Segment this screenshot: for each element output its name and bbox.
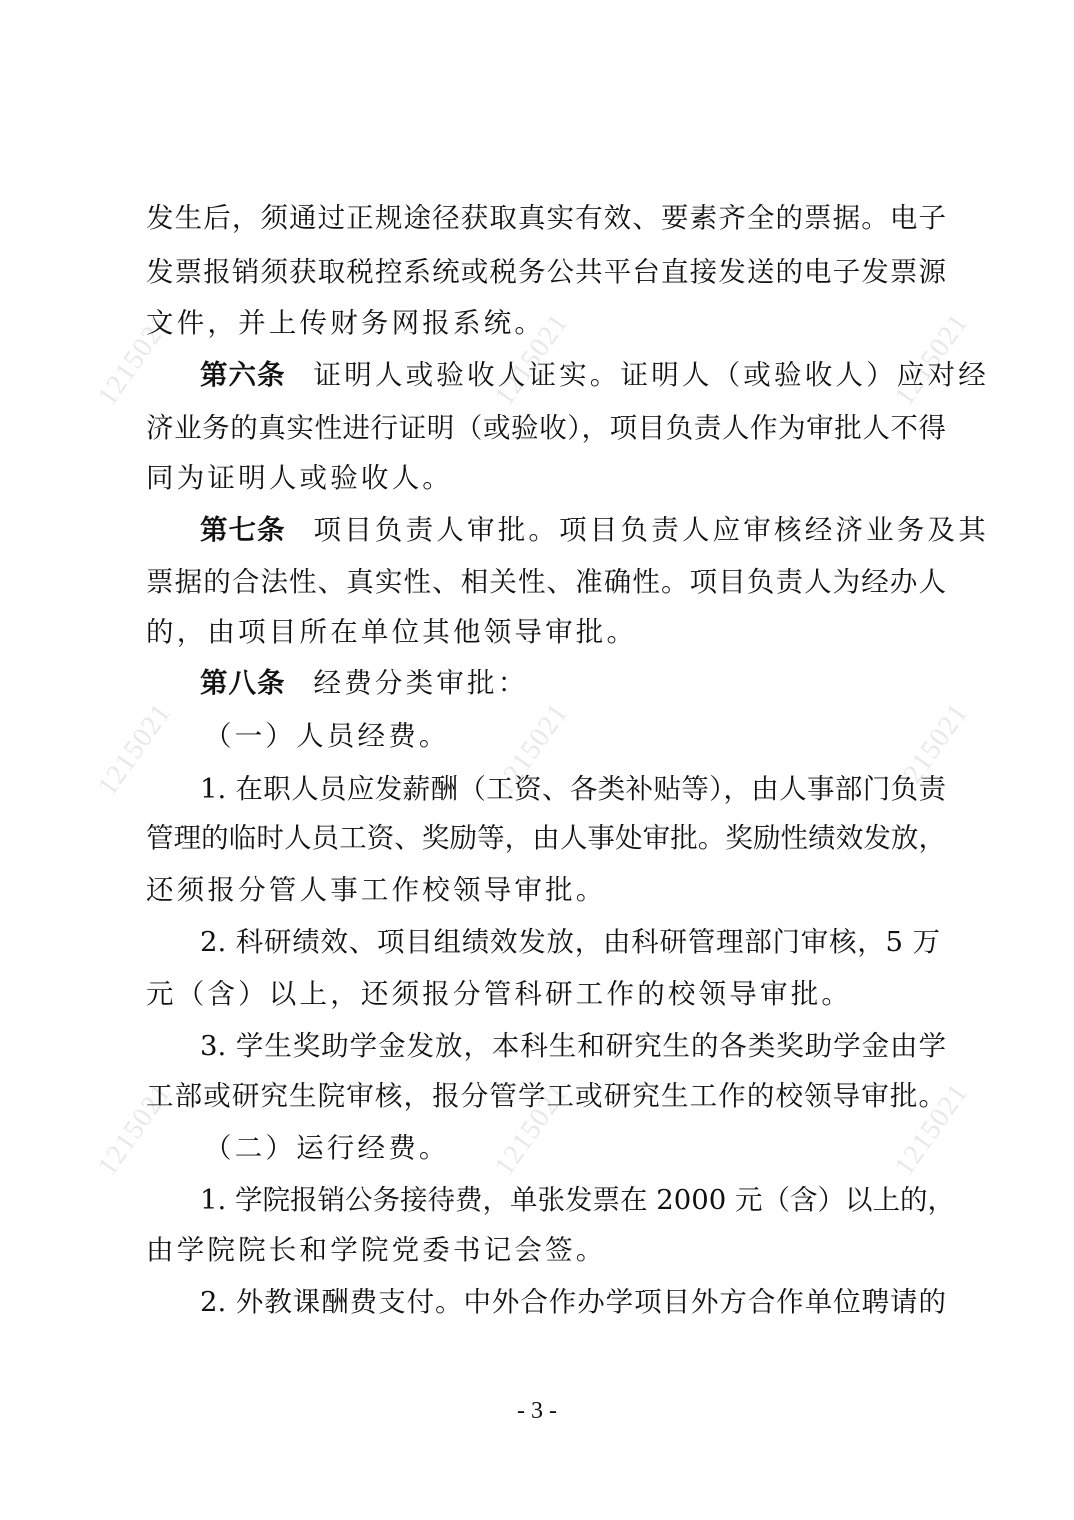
article-heading: 第七条	[200, 514, 286, 546]
text-line: 的，由项目所在单位其他领导审批。	[146, 614, 946, 650]
text-line: 还须报分管人事工作校领导审批。	[146, 872, 946, 908]
text-line: 经费分类审批：	[314, 667, 529, 699]
text-line: 项目负责人审批。项目负责人应审核经济业务及其	[314, 514, 989, 546]
article-eight-paragraph: 第八条经费分类审批：	[200, 665, 1000, 701]
text-line: 工部或研究生院审核，报分管学工或研究生工作的校领导审批。	[146, 1078, 946, 1114]
page-number: - 3 -	[0, 1398, 1074, 1425]
text-line: 1. 学院报销公务接待费，单张发票在 2000 元（含）以上的，	[200, 1182, 946, 1218]
text-line: 由学院院长和学院党委书记会签。	[146, 1232, 946, 1268]
text-line: 济业务的真实性进行证明（或验收），项目负责人作为审批人不得	[146, 410, 946, 446]
watermark: 1215021	[92, 698, 178, 802]
text-line: 发生后，须通过正规途径获取真实有效、要素齐全的票据。电子	[146, 200, 946, 236]
text-line: 票据的合法性、真实性、相关性、准确性。项目负责人为经办人	[146, 564, 946, 600]
document-page: 1215021 1215021 1215021 1215021 1215021 …	[0, 0, 1074, 1520]
text-line: 2. 科研绩效、项目组绩效发放，由科研管理部门审核，5 万	[200, 924, 940, 960]
section-heading: （二）运行经费。	[204, 1130, 1004, 1166]
text-line: 2. 外教课酬费支付。中外合作办学项目外方合作单位聘请的	[200, 1284, 946, 1320]
text-line: 3. 学生奖助学金发放，本科生和研究生的各类奖助学金由学	[200, 1028, 946, 1064]
article-heading: 第八条	[200, 667, 286, 699]
text-line: 1. 在职人员应发薪酬（工资、各类补贴等），由人事部门负责	[200, 771, 946, 807]
article-seven-paragraph: 第七条项目负责人审批。项目负责人应审核经济业务及其	[200, 512, 1000, 548]
article-six-paragraph: 第六条证明人或验收人证实。证明人（或验收人）应对经	[200, 357, 1000, 393]
text-line: 元（含）以上，还须报分管科研工作的校领导审批。	[146, 976, 946, 1012]
text-line: 文件，并上传财务网报系统。	[146, 305, 946, 341]
text-line: 证明人或验收人证实。证明人（或验收人）应对经	[314, 359, 989, 391]
text-line: 同为证明人或验收人。	[146, 460, 946, 496]
section-heading: （一）人员经费。	[204, 718, 1004, 754]
text-line: 管理的临时人员工资、奖励等，由人事处审批。奖励性绩效发放，	[146, 820, 946, 856]
article-heading: 第六条	[200, 359, 286, 391]
text-line: 发票报销须获取税控系统或税务公共平台直接发送的电子发票源	[146, 254, 946, 290]
